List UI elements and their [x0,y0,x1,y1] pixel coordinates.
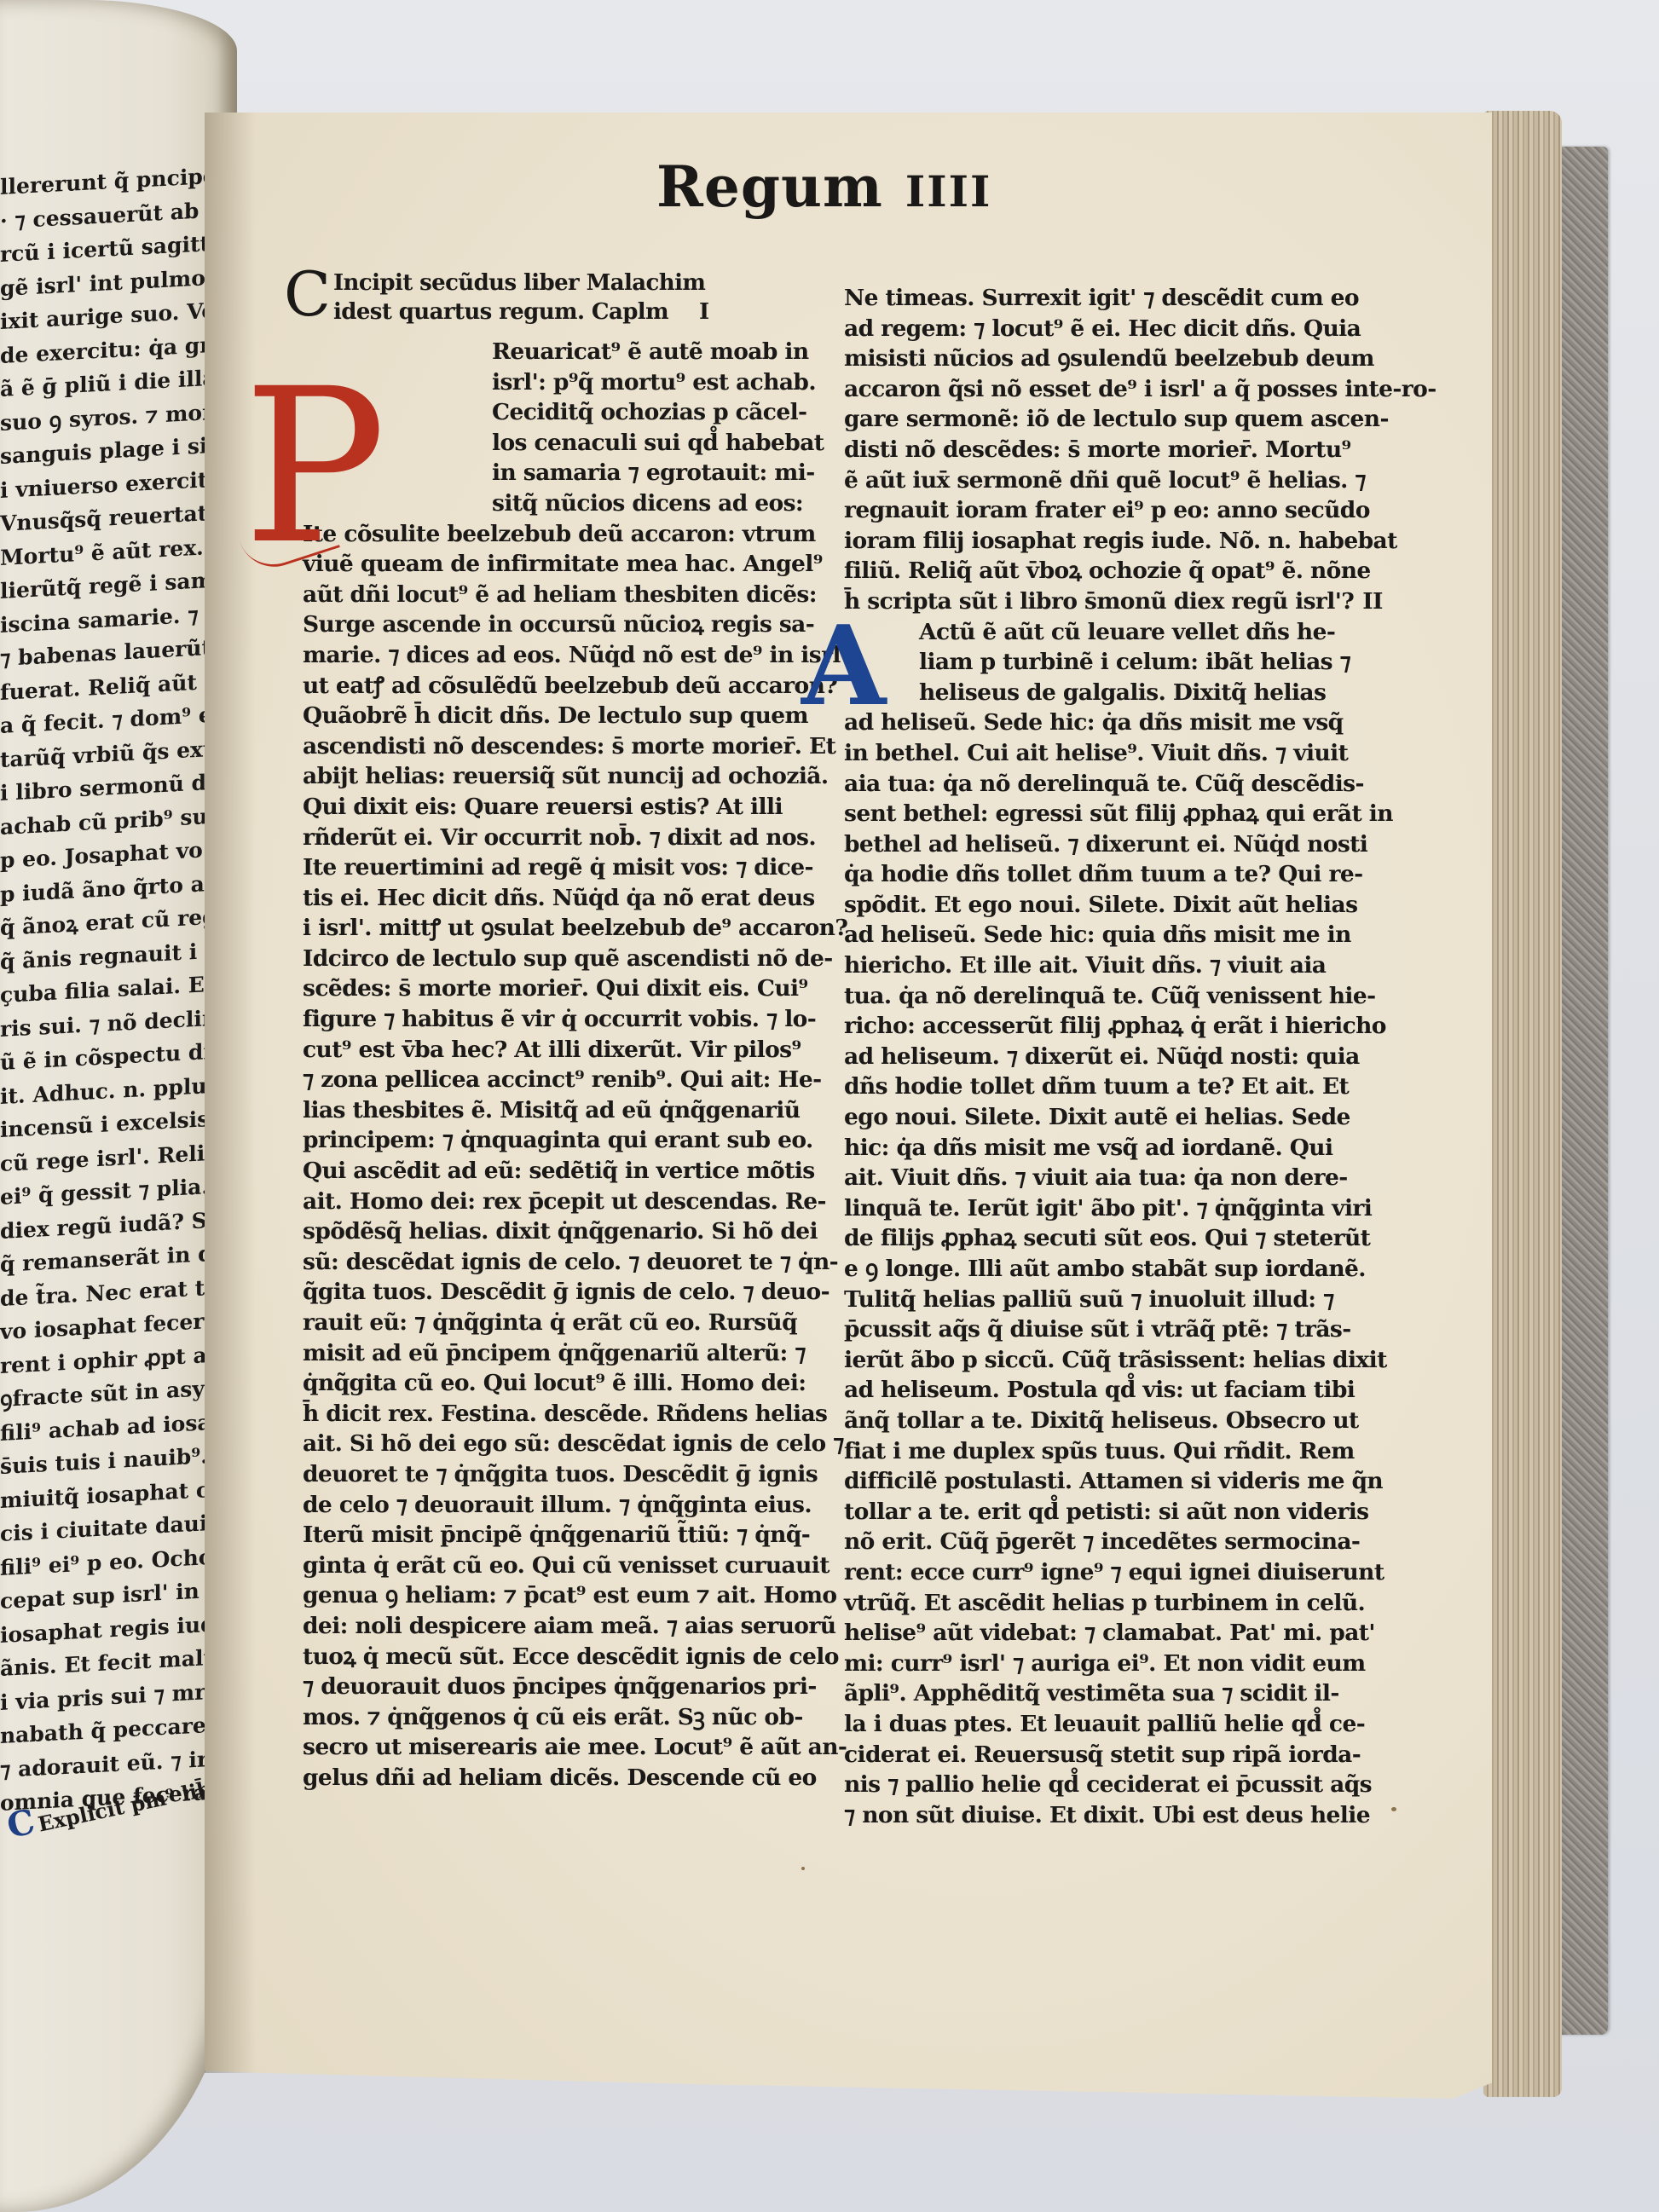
text-line: Ne timeas. Surrexit igit' ⁊ descẽdit cum… [844,283,1321,314]
text-line: spõdit. Et ego noui. Silete. Dixit aũt h… [844,890,1321,921]
text-line: Surge ascende in occursũ nũcioꝝ regis sa… [303,609,780,640]
text-line: vtrũq̃. Et ascẽdit helias p turbinem in … [844,1588,1321,1619]
body-text-block: ad heliseũ. Sede hic: q̇a dñs misit me v… [844,707,1321,1830]
running-head: RegumIIII [656,153,991,220]
text-line: q̃gita tuos. Descẽdit ḡ ignis de celo. ⁊… [303,1277,780,1308]
explicit-capital: C [3,1801,38,1846]
text-line: spõdẽsq̃ helias. dixit q̇nq̃genario. Si … [303,1216,780,1247]
indented-text-block: Actũ ẽ aũt cũ leuare vellet dñs he-liam … [844,617,1321,708]
text-line: ierũt ãbo p siccũ. Cũq̃ trãsissent: heli… [844,1345,1321,1376]
text-line: p̄cussit aq̃s q̃ diuise sũt i vtrãq̃ ptẽ… [844,1314,1321,1345]
text-line: nõ erit. Cũq̃ p̄gerẽt ⁊ incedẽtes sermoc… [844,1527,1321,1557]
text-line: h̄ scripta sũt i libro s̄monũ diex regũ … [844,586,1321,617]
text-line: helise⁹ aũt videbat: ⁊ clamabat. Pat' mi… [844,1618,1321,1649]
text-line: ⁊ zona pellicea accinct⁹ renib⁹. Qui ait… [303,1065,780,1095]
text-line: h̄ dicit rex. Festina. descẽde. Rñdens h… [303,1399,780,1429]
text-line: ad heliseum. Postula qd̊ vis: ut faciam … [844,1375,1321,1406]
body-text-block: Ne timeas. Surrexit igit' ⁊ descẽdit cum… [844,283,1321,617]
text-line: ait. Viuit dñs. ⁊ viuit aia tua: q̇a non… [844,1163,1321,1193]
text-line: de filijs ꝓphaꝝ secuti sũt eos. Qui ⁊ st… [844,1223,1321,1254]
paper-speck [1391,1807,1396,1811]
rubricated-initial-a: A [801,615,912,718]
text-line: in bethel. Cui ait helise⁹. Viuit dñs. ⁊… [844,738,1321,769]
chapter-number: II [1362,588,1383,615]
text-line: figure ⁊ habitus ẽ vir q̇ occurrit vobis… [303,1004,780,1035]
text-line: mos. ⁊ q̇nq̃genos q̇ cũ eis erãt. Sꝫ nũc… [303,1702,780,1733]
text-line: misisti nũcios ad ꝯsulendũ beelzebub deu… [844,344,1321,374]
text-line: ⁊ deuorauit duos p̄ncipes q̇nq̃genarios … [303,1672,780,1702]
text-line: abijt helias: reuersiq̃ sũt nuncij ad oc… [303,761,780,792]
text-line: difficilẽ postulasti. Attamen si videris… [844,1466,1321,1497]
text-column-right: Ne timeas. Surrexit igit' ⁊ descẽdit cum… [844,283,1321,1830]
text-line: ciderat ei. Reuersusq̃ stetit sup ripã i… [844,1740,1321,1770]
text-line: heliseus de galgalis. Dixitq̃ helias [844,678,1321,708]
text-line: ait. Homo dei: rex p̄cepit ut descendas.… [303,1187,780,1217]
text-line: ad heliseũ. Sede hic: q̇a dñs misit me v… [844,707,1321,738]
text-line: rauit eũ: ⁊ q̇nq̃ginta q̇ erãt cũ eo. Ru… [303,1308,780,1338]
text-line: q̇a hodie dñs tollet dñm tuum a te? Qui … [844,859,1321,890]
text-line: disti nõ descẽdes: s̄ morte morier̄. Mor… [844,435,1321,465]
text-line: deuoret te ⁊ q̇nq̃gita tuos. Descẽdit ḡ … [303,1459,780,1490]
running-head-book-number: IIII [905,166,992,217]
text-line: principem: ⁊ q̇nquaginta qui erant sub e… [303,1125,780,1156]
text-line: ioram filij iosaphat regis iude. Nõ. n. … [844,526,1321,557]
text-line: sent bethel: egressi sũt filij ꝓphaꝝ qui… [844,799,1321,829]
incipit-heading: C Incipit secũdus liber Malachim idest q… [303,269,780,326]
text-line: ascendisti nõ descendes: s̄ morte morier… [303,731,780,762]
text-line: Qui ascẽdit ad eũ: sedẽtiq̃ in vertice m… [303,1156,780,1187]
paragraph-mark-icon: C [284,263,331,325]
text-line: ut eatꝭ ad cõsulẽdũ beelzebub deũ accaro… [303,671,780,702]
text-line: tollar a te. erit qd̊ petisti: si aũt no… [844,1497,1321,1528]
text-line: Ite reuertimini ad regẽ q̇ misit vos: ⁊ … [303,852,780,883]
text-line: ad heliseum. ⁊ dixerũt ei. Nũq̇d nosti: … [844,1042,1321,1072]
paper-speck [801,1867,805,1870]
text-line: tua. q̇a nõ derelinquã te. Cũq̃ venissen… [844,981,1321,1012]
chapter-two-opening: A Actũ ẽ aũt cũ leuare vellet dñs he-lia… [844,617,1321,708]
text-line: ego noui. Silete. Dixit autẽ ei helias. … [844,1102,1321,1133]
text-line: Idcirco de lectulo sup quẽ ascendisti nõ… [303,944,780,974]
text-line: filiũ. Reliq̃ aũt v̄boꝝ ochozie q̃ opat⁹… [844,556,1321,586]
text-line: Quãobrẽ h̄ dicit dñs. De lectulo sup que… [303,701,780,731]
text-line: linquã te. Ierũt igit' ãbo pit'. ⁊ q̇nq̃… [844,1193,1321,1224]
text-line: ad regem: ⁊ locut⁹ ẽ ei. Hec dicit dñs. … [844,314,1321,344]
text-line: fiat i me duplex spũs tuus. Qui rñdit. R… [844,1436,1321,1467]
text-line: richo: accesserũt filij ꝓphaꝝ q̇ erãt i … [844,1011,1321,1042]
text-line: nis ⁊ pallio helie qd̊ ceciderat ei p̄cu… [844,1770,1321,1800]
text-line: e ꝯ longe. Illi aũt ambo stabãt sup iord… [844,1254,1321,1285]
text-column-left: C Incipit secũdus liber Malachim idest q… [303,269,780,1793]
text-line: Qui dixit eis: Quare reuersi estis? At i… [303,792,780,823]
text-line: ginta q̇ erãt cũ eo. Qui cũ venisset cur… [303,1551,780,1581]
text-line: de celo ⁊ deuorauit illum. ⁊ q̇nq̃ginta … [303,1490,780,1521]
text-line: tis ei. Hec dicit dñs. Nũq̇d q̇a nõ erat… [303,883,780,914]
text-line: scẽdes: s̄ morte morier̄. Qui dixit eis.… [303,973,780,1004]
body-text-block: Ite cõsulite beelzebub deũ accaron: vtru… [303,519,780,1793]
verso-text-column: llererunt q̃ pncipes curru· ⁊ cessauerũt… [0,159,220,1820]
text-line: q̇nq̃gita cũ eo. Qui locut⁹ ẽ illi. Homo… [303,1368,780,1399]
text-line: Iterũ misit p̄ncipẽ q̇nq̃genariũ t̃tiũ: … [303,1520,780,1551]
text-line: la i duas ptes. Et leuauit palliũ helie … [844,1709,1321,1740]
text-line: regnauit ioram frater ei⁹ p eo: anno sec… [844,495,1321,526]
text-line: liam p turbinẽ i celum: ibãt helias ⁊ [844,647,1321,678]
text-line: secro ut miserearis aie mee. Locut⁹ ẽ aũ… [303,1732,780,1763]
text-line: Tulitq̃ helias palliũ suũ ⁊ inuoluit ill… [844,1285,1321,1315]
text-line: rñderũt ei. Vir occurrit nob̄. ⁊ dixit a… [303,823,780,853]
text-line: Actũ ẽ aũt cũ leuare vellet dñs he- [844,617,1321,648]
text-line: ⁊ non sũt diuise. Et dixit. Ubi est deus… [844,1800,1321,1831]
text-line: bethel ad heliseũ. ⁊ dixerunt ei. Nũq̇d … [844,829,1321,860]
text-line: ãpli⁹. Apphẽditq̃ vestimẽta sua ⁊ scidit… [844,1678,1321,1709]
text-line: gare sermonẽ: iõ de lectulo sup quem asc… [844,404,1321,435]
page-edges [1483,111,1562,2097]
text-line: dñs hodie tollet dñm tuum a te? Et ait. … [844,1071,1321,1102]
text-line: lias thesbites ẽ. Misitq̃ ad eũ q̇nq̃gen… [303,1095,780,1126]
text-line: aia tua: q̇a nõ derelinquã te. Cũq̃ desc… [844,769,1321,800]
text-line: mi: curr⁹ isrl' ⁊ auriga ei⁹. Et non vid… [844,1649,1321,1679]
text-line: sũ: descẽdat ignis de celo. ⁊ deuoret te… [303,1247,780,1278]
text-line: misit ad eũ p̄ncipem q̇nq̃genariũ alterũ… [303,1338,780,1369]
running-head-title: Regum [656,153,883,220]
chapter-number: I [699,299,709,325]
text-line: tuoꝝ q̇ mecũ sũt. Ecce descẽdit ignis de… [303,1642,780,1672]
text-line: ãnq̃ tollar a te. Dixitq̃ heliseus. Obse… [844,1406,1321,1436]
verso-page: llererunt q̃ pncipes curru· ⁊ cessauerũt… [0,0,237,2212]
text-line: marie. ⁊ dices ad eos. Nũq̇d nõ est de⁹ … [303,640,780,671]
text-line: ẽ aũt iux̄ sermonẽ dñi quẽ locut⁹ ẽ heli… [844,465,1321,496]
text-line: ait. Si hõ dei ego sũ: descẽdat ignis de… [303,1429,780,1459]
text-line: i isrl'. mittꝭ ut ꝯsulat beelzebub de⁹ a… [303,913,780,944]
text-line: genua ꝯ heliam: ⁊ p̄cat⁹ est eum ⁊ ait. … [303,1580,780,1611]
incipit-line: Incipit secũdus liber Malachim [304,269,780,297]
text-line: gelus dñi ad heliam dicẽs. Descende cũ e… [303,1763,780,1793]
text-line: accaron q̃si nõ esset de⁹ i isrl' a q̃ p… [844,374,1321,405]
text-line: hiericho. Et ille ait. Viuit dñs. ⁊ viui… [844,950,1321,981]
text-line: rent: ecce curr⁹ igne⁹ ⁊ equi ignei diui… [844,1557,1321,1588]
text-line: ad heliseũ. Sede hic: quia dñs misit me … [844,920,1321,950]
incipit-line: idest quartus regum. CaplmI [304,297,780,326]
text-line: hic: q̇a dñs misit me vsq̃ ad iordanẽ. Q… [844,1133,1321,1164]
text-line: dei: noli despicere aiam meã. ⁊ aias ser… [303,1611,780,1642]
text-line: cut⁹ est v̄ba hec? At illi dixerũt. Vir … [303,1035,780,1066]
